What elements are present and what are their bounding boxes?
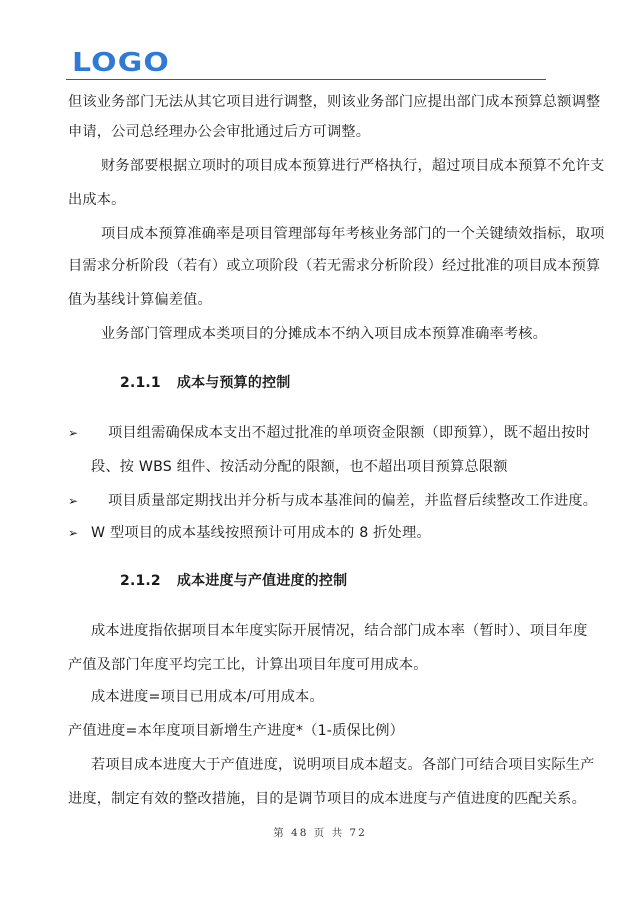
paragraph-line: 产值及部门年度平均完工比，计算出项目年度可用成本。 bbox=[68, 655, 428, 675]
bullet-arrow-icon: ➢ bbox=[68, 523, 78, 543]
paragraph-line: 若项目成本进度大于产值进度，说明项目成本超支。各部门可结合项目实际生产 bbox=[91, 755, 595, 775]
bullet-line: 项目质量部定期找出并分析与成本基准间的偏差，并监督后续整改工作进度。 bbox=[108, 491, 597, 511]
page-number: 第 48 页 共 72 bbox=[0, 825, 640, 840]
header-divider bbox=[66, 79, 546, 80]
bullet-line: 段、按 WBS 组件、按活动分配的限额，也不超出项目预算总限额 bbox=[91, 457, 508, 477]
paragraph-line: 申请，公司总经理办公会审批通过后方可调整。 bbox=[68, 122, 370, 142]
paragraph-line: 成本进度指依据项目本年度实际开展情况，结合部门成本率（暂时）、项目年度 bbox=[91, 621, 587, 641]
section-heading-2-1-2: 2.1.2成本进度与产值进度的控制 bbox=[120, 571, 347, 591]
paragraph-line: 值为基线计算偏差值。 bbox=[68, 290, 212, 310]
formula-output-progress: 产值进度=本年度项目新增生产进度*（1-质保比例） bbox=[68, 721, 404, 741]
section-number: 2.1.2 bbox=[120, 573, 161, 589]
paragraph-line: 业务部门管理成本类项目的分摊成本不纳入项目成本预算准确率考核。 bbox=[101, 324, 547, 344]
paragraph-line: 出成本。 bbox=[68, 190, 126, 210]
bullet-arrow-icon: ➢ bbox=[68, 491, 78, 511]
bullet-line: 项目组需确保成本支出不超过批准的单项资金限额（即预算），既不超出按时 bbox=[108, 423, 590, 443]
paragraph-line: 目需求分析阶段（若有）或立项阶段（若无需求分析阶段）经过批准的项目成本预算 bbox=[68, 256, 600, 276]
paragraph-line: 但该业务部门无法从其它项目进行调整，则该业务部门应提出部门成本预算总额调整 bbox=[68, 92, 600, 112]
section-number: 2.1.1 bbox=[120, 375, 161, 391]
paragraph-line: 财务部要根据立项时的项目成本预算进行严格执行，超过项目成本预算不允许支 bbox=[101, 156, 605, 176]
section-title: 成本进度与产值进度的控制 bbox=[177, 573, 347, 589]
bullet-arrow-icon: ➢ bbox=[68, 423, 78, 443]
bullet-line: W 型项目的成本基线按照预计可用成本的 8 折处理。 bbox=[91, 523, 431, 543]
section-title: 成本与预算的控制 bbox=[177, 375, 291, 391]
paragraph-line: 项目成本预算准确率是项目管理部每年考核业务部门的一个关键绩效指标，取项 bbox=[101, 224, 605, 244]
company-logo: LOGO bbox=[72, 50, 170, 76]
section-heading-2-1-1: 2.1.1成本与预算的控制 bbox=[120, 373, 290, 393]
paragraph-line: 进度，制定有效的整改措施，目的是调节项目的成本进度与产值进度的匹配关系。 bbox=[68, 789, 586, 809]
formula-cost-progress: 成本进度=项目已用成本/可用成本。 bbox=[91, 687, 324, 707]
